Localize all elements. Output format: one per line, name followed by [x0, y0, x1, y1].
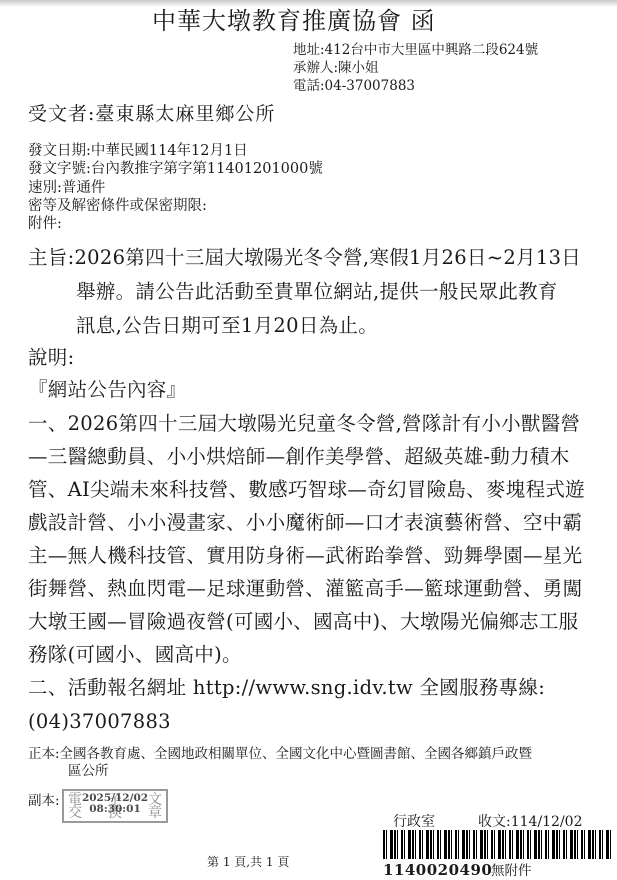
issue-date-line: 發文日期:中華民國114年12月1日 — [28, 143, 248, 160]
stamp-time: 08:30:01 — [64, 804, 166, 815]
service-phone-line: (04)37007883 — [28, 711, 171, 733]
receipt-doc-id: 1140020490 — [383, 862, 492, 879]
sender-address: 地址:412台中市大里區中興路二段624號 — [293, 43, 538, 59]
security-line: 密等及解密條件或保密期限: — [28, 198, 207, 215]
original-copy-line-2: 區公所 — [68, 764, 109, 780]
recipient-line: 受文者:臺東縣太麻里鄉公所 — [28, 104, 275, 126]
body-line: 主—無人機科技管、實用防身術—武術跆拳營、勁舞學園—星光 — [28, 545, 582, 567]
electronic-exchange-stamp: 電 子 文 交 換 章 2025/12/02 08:30:01 — [62, 789, 168, 823]
subject-line-2: 舉辦。請公告此活動至貴單位網站,提供一般民眾此教育 — [76, 281, 558, 303]
body-line: 大墩王國—冒險過夜營(可國小、國高中)、大墩陽光偏鄉志工服 — [28, 611, 578, 633]
page-top-shadow — [0, 0, 617, 7]
body-line: 一、2026第四十三屆大墩陽光兒童冬令營,營隊計有小小獸醫營 — [28, 413, 580, 435]
attachment-line: 附件: — [28, 216, 62, 233]
body-line: —三醫總動員、小小烘焙師—創作美學營、超級英雄-動力積木 — [28, 446, 570, 468]
announcement-title: 『網站公告內容』 — [28, 379, 186, 401]
subject-line-1: 主旨:2026第四十三屆大墩陽光冬令營,寒假1月26日~2月13日 — [28, 247, 581, 269]
original-copy-line-1: 正本:全國各教育處、全國地政相關單位、全國文化中心暨圖書館、全國各鄉鎮戶政暨 — [28, 747, 532, 763]
received-date: 收文:114/12/02 — [478, 814, 583, 830]
document-page: 中華大墩教育推廣協會 函 地址:412台中市大里區中興路二段624號 承辦人:陳… — [0, 0, 617, 880]
attachment-note: 無附件 — [491, 864, 532, 880]
carbon-copy-label: 副本: — [28, 794, 60, 810]
body-line: 務隊(可國小、國高中)。 — [28, 644, 242, 666]
speed-line: 速別:普通件 — [28, 180, 105, 197]
stamp-date: 2025/12/02 — [64, 793, 166, 804]
subject-line-3: 訊息,公告日期可至1月20日為止。 — [76, 315, 378, 337]
page-number: 第 1 頁,共 1 頁 — [207, 856, 289, 870]
body-line: 管、AI尖端未來科技營、數感巧智球—奇幻冒險島、麥塊程式遊 — [28, 479, 585, 501]
contact-phone: 電話:04-37007883 — [293, 79, 415, 95]
explanation-label: 說明: — [28, 347, 74, 369]
barcode — [383, 830, 611, 859]
receiving-office: 行政室 — [393, 814, 435, 830]
body-line: 戲設計營、小小漫畫家、小小魔術師—口才表演藝術營、空中霸 — [28, 512, 582, 534]
registration-url-line: 二、活動報名網址 http://www.sng.idv.tw 全國服務專線: — [28, 677, 545, 699]
body-line: 街舞營、熱血閃電—足球運動營、灌籃高手—籃球運動營、勇闖 — [28, 578, 582, 600]
contact-person: 承辦人:陳小姐 — [293, 61, 379, 77]
letter-title: 中華大墩教育推廣協會 函 — [152, 8, 436, 36]
doc-number-line: 發文字號:台內教推字第字第11401201000號 — [28, 161, 323, 178]
